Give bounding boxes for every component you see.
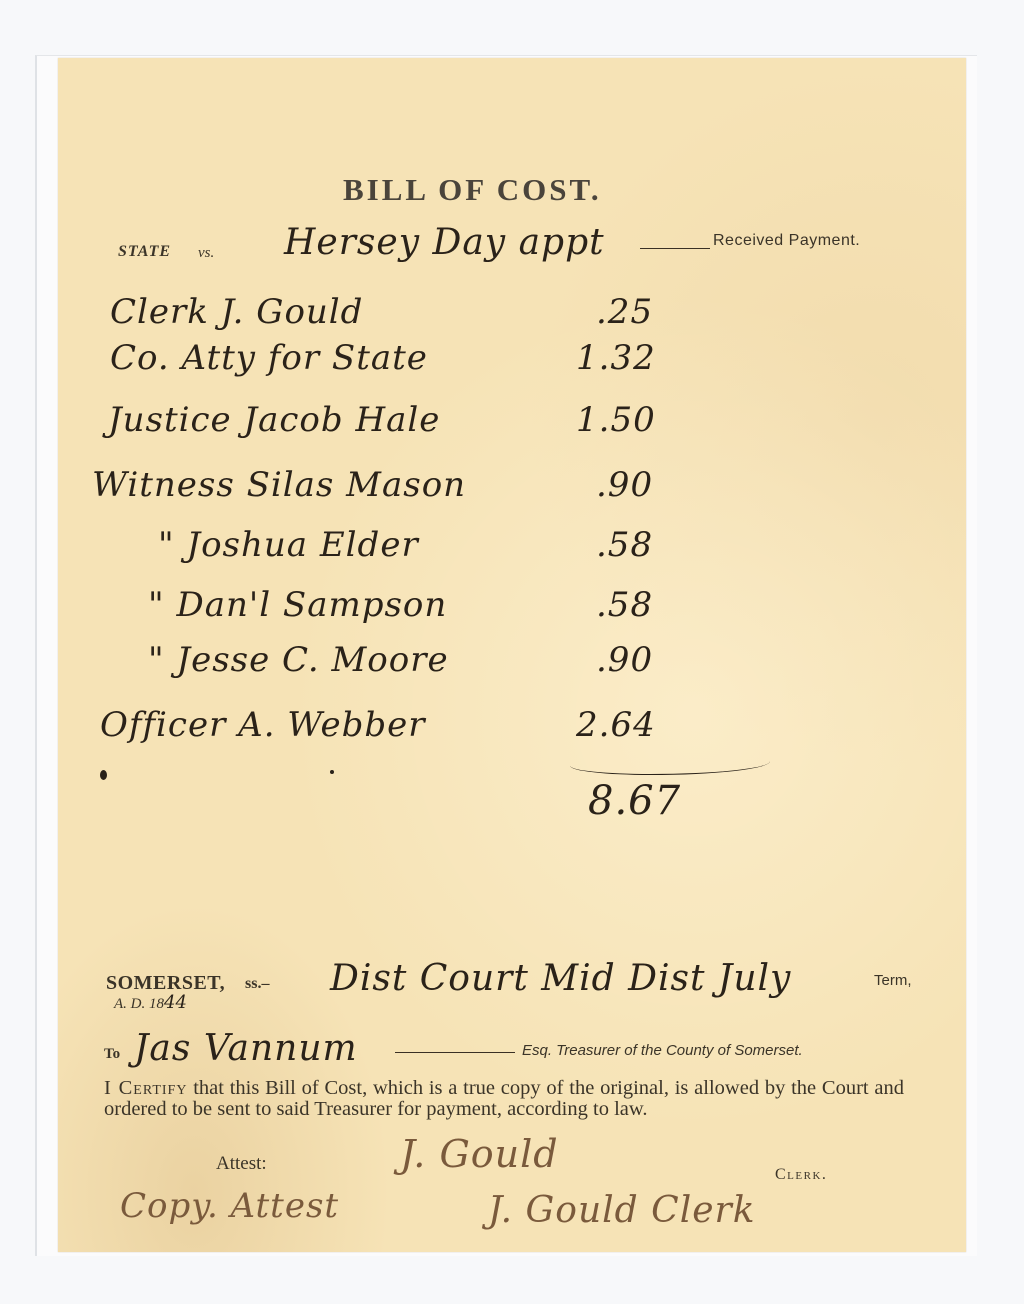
copy-attest-handwritten: Copy. Attest bbox=[120, 1186, 339, 1226]
certify-text: that this Bill of Cost, which is a true … bbox=[104, 1077, 904, 1120]
state-label: STATE bbox=[118, 243, 171, 261]
clerk-signature: J. Gould bbox=[400, 1132, 559, 1176]
cost-item-amount: .90 bbox=[596, 640, 653, 680]
cost-item-amount: .25 bbox=[596, 292, 653, 332]
clerk-label: Clerk. bbox=[775, 1166, 827, 1184]
cost-item-label: Witness Silas Mason bbox=[92, 465, 466, 505]
cost-item-label: " Joshua Elder bbox=[158, 525, 419, 565]
cost-item-amount: .90 bbox=[596, 465, 653, 505]
certification-paragraph: I Certify that this Bill of Cost, which … bbox=[104, 1078, 904, 1120]
copy-clerk-signature: J. Gould Clerk bbox=[488, 1190, 756, 1231]
year-handwritten: 44 bbox=[164, 992, 187, 1013]
to-label: To bbox=[104, 1046, 120, 1063]
cost-item-label: " Jesse C. Moore bbox=[148, 640, 449, 680]
cost-item-label: " Dan'l Sampson bbox=[148, 585, 447, 625]
ink-blot bbox=[100, 770, 107, 780]
cost-item-amount: .58 bbox=[596, 525, 653, 565]
ss-label: ss.– bbox=[245, 975, 269, 993]
versus-label: vs. bbox=[198, 245, 214, 262]
cost-item-amount: 1.50 bbox=[576, 400, 656, 440]
received-payment-label: Received Payment. bbox=[713, 232, 860, 250]
cost-item-label: Officer A. Webber bbox=[100, 705, 426, 745]
cost-item-label: Co. Atty for State bbox=[110, 338, 428, 378]
cost-item-amount: 2.64 bbox=[576, 705, 656, 745]
defendant-flourish bbox=[640, 248, 710, 249]
year-prefix: A. D. 18 bbox=[114, 996, 164, 1012]
term-label: Term, bbox=[874, 972, 912, 989]
attest-label: Attest: bbox=[216, 1153, 267, 1175]
year-label: A. D. 1844 bbox=[114, 992, 187, 1013]
ink-dot bbox=[330, 770, 334, 774]
document-title: BILL OF COST. bbox=[343, 172, 602, 208]
total-amount: 8.67 bbox=[588, 778, 681, 824]
cost-item-label: Justice Jacob Hale bbox=[108, 400, 440, 440]
treasurer-name-handwritten: Jas Vannum bbox=[134, 1028, 358, 1069]
cost-item-amount: 1.32 bbox=[576, 338, 656, 378]
court-term-handwritten: Dist Court Mid Dist July bbox=[330, 958, 791, 999]
defendant-name: Hersey Day appt bbox=[284, 222, 605, 263]
treasurer-name-flourish bbox=[395, 1052, 515, 1053]
treasurer-title: Esq. Treasurer of the County of Somerset… bbox=[522, 1042, 803, 1059]
cost-item-amount: .58 bbox=[596, 585, 653, 625]
cost-item-label: Clerk J. Gould bbox=[110, 292, 363, 332]
certify-lead: I Certify bbox=[104, 1077, 187, 1099]
